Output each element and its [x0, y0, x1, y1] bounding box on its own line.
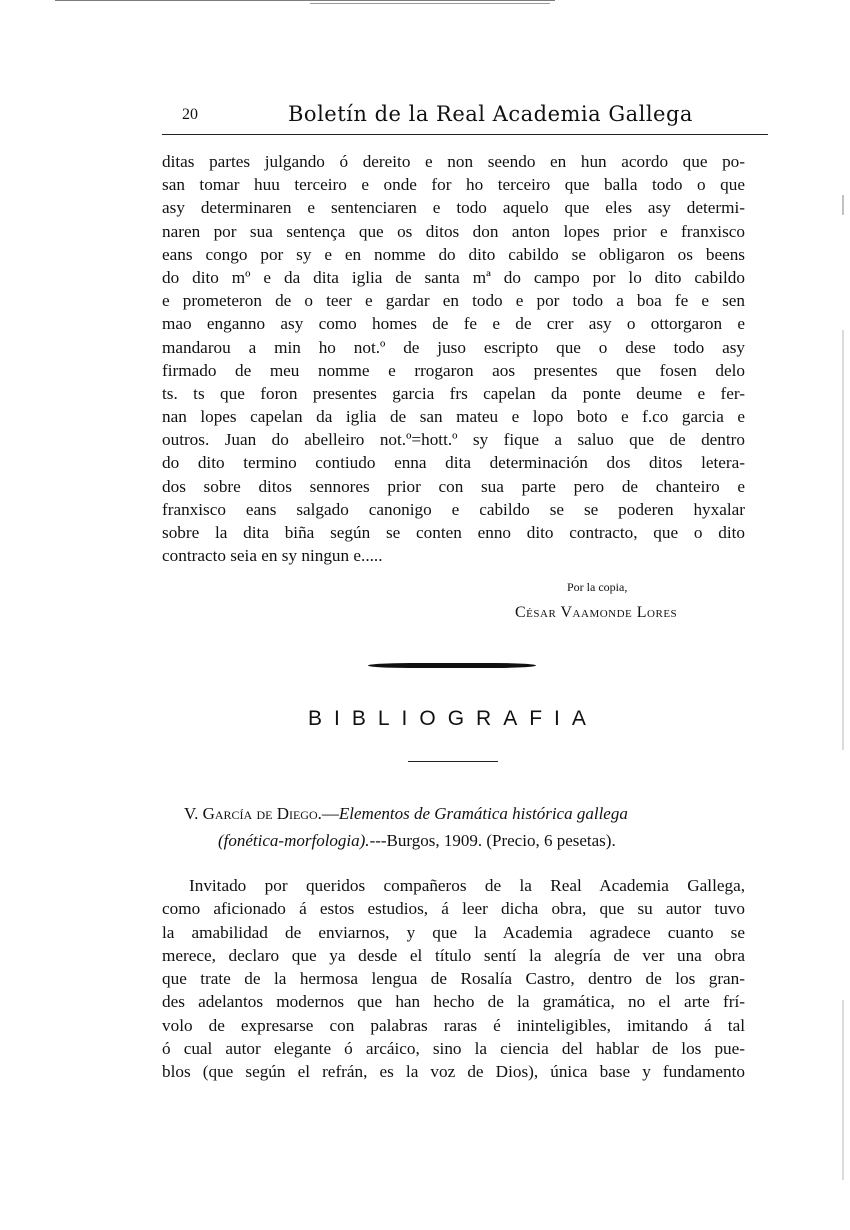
document-line: eans congo por sy e en nomme do dito cab… [162, 243, 745, 266]
document-line: do dito mº e da dita iglia de santa mª d… [162, 266, 745, 289]
citation-dash: — [322, 804, 339, 823]
scan-artifact-margin-edge-lower [842, 1000, 844, 1180]
document-line: contracto seia en sy ningun e..... [162, 544, 745, 567]
document-line: ditas partes julgando ó dereito e non se… [162, 150, 745, 173]
document-line: dos sobre ditos sennores prior con sua p… [162, 475, 745, 498]
citation-author: V. García de Diego. [184, 804, 322, 823]
document-line: ts. ts que foron presentes garcia frs ca… [162, 382, 745, 405]
document-line: e prometeron de o teer e gardar en todo … [162, 289, 745, 312]
transcribed-document: ditas partes julgando ó dereito e non se… [162, 150, 745, 567]
citation-subtitle: (fonética-morfologia). [218, 831, 370, 850]
scan-artifact-margin-edge [842, 330, 844, 750]
bibliographic-citation: V. García de Diego.—Elementos de Gramáti… [162, 800, 745, 854]
document-line: franxisco eans salgado canonigo e cabild… [162, 498, 745, 521]
page-number: 20 [182, 106, 198, 124]
ornamental-rule [368, 663, 537, 668]
document-line: asy determinaren e sentenciaren e todo a… [162, 196, 745, 219]
review-line: como aficionado á estos estudios, á leer… [162, 897, 745, 920]
review-line: des adelantos modernos que han hecho de … [162, 990, 745, 1013]
document-line: outros. Juan do abelleiro not.º=hott.º s… [162, 428, 745, 451]
review-line: que trate de la hermosa lengua de Rosalí… [162, 967, 745, 990]
document-line: do dito termino contiudo enna dita deter… [162, 451, 745, 474]
review-line: volo de expresarse con palabras raras é … [162, 1014, 745, 1037]
review-line: blos (que según el refrán, es la voz de … [162, 1060, 745, 1083]
running-head: 20 Boletín de la Real Academia Gallega [162, 100, 768, 135]
document-line: firmado de meu nomme e rrogaron aos pres… [162, 359, 745, 382]
review-line: Invitado por queridos compañeros de la R… [162, 874, 745, 897]
scan-artifact-top-2 [310, 3, 550, 4]
journal-title: Boletín de la Real Academia Gallega [288, 102, 693, 126]
section-rule [408, 761, 498, 762]
copy-attribution-label: Por la copia, [567, 580, 627, 595]
document-line: sobre la dita biña según se conten enno … [162, 521, 745, 544]
citation-publication: ---Burgos, 1909. (Precio, 6 pesetas). [370, 831, 616, 850]
document-line: san tomar huu terceiro e onde for ho ter… [162, 173, 745, 196]
review-line: ó cual autor elegante ó arcáico, sino la… [162, 1037, 745, 1060]
signature: César Vaamonde Lores [515, 604, 677, 622]
citation-title: Elementos de Gramática histórica gallega [339, 804, 628, 823]
review-body: Invitado por queridos compañeros de la R… [162, 874, 745, 1084]
document-line: mandarou a min ho not.º de juso escripto… [162, 336, 745, 359]
document-line: mao enganno asy como homes de fe e de cr… [162, 312, 745, 335]
section-title: BIBLIOGRAFIA [308, 707, 598, 731]
review-line: merece, declaro que ya desde el título s… [162, 944, 745, 967]
document-line: naren por sua sentença que os ditos don … [162, 220, 745, 243]
document-line: nan lopes capelan da iglia de san mateu … [162, 405, 745, 428]
scan-artifact-margin [842, 195, 844, 215]
review-line: la amabilidad de enviarnos, y que la Aca… [162, 921, 745, 944]
